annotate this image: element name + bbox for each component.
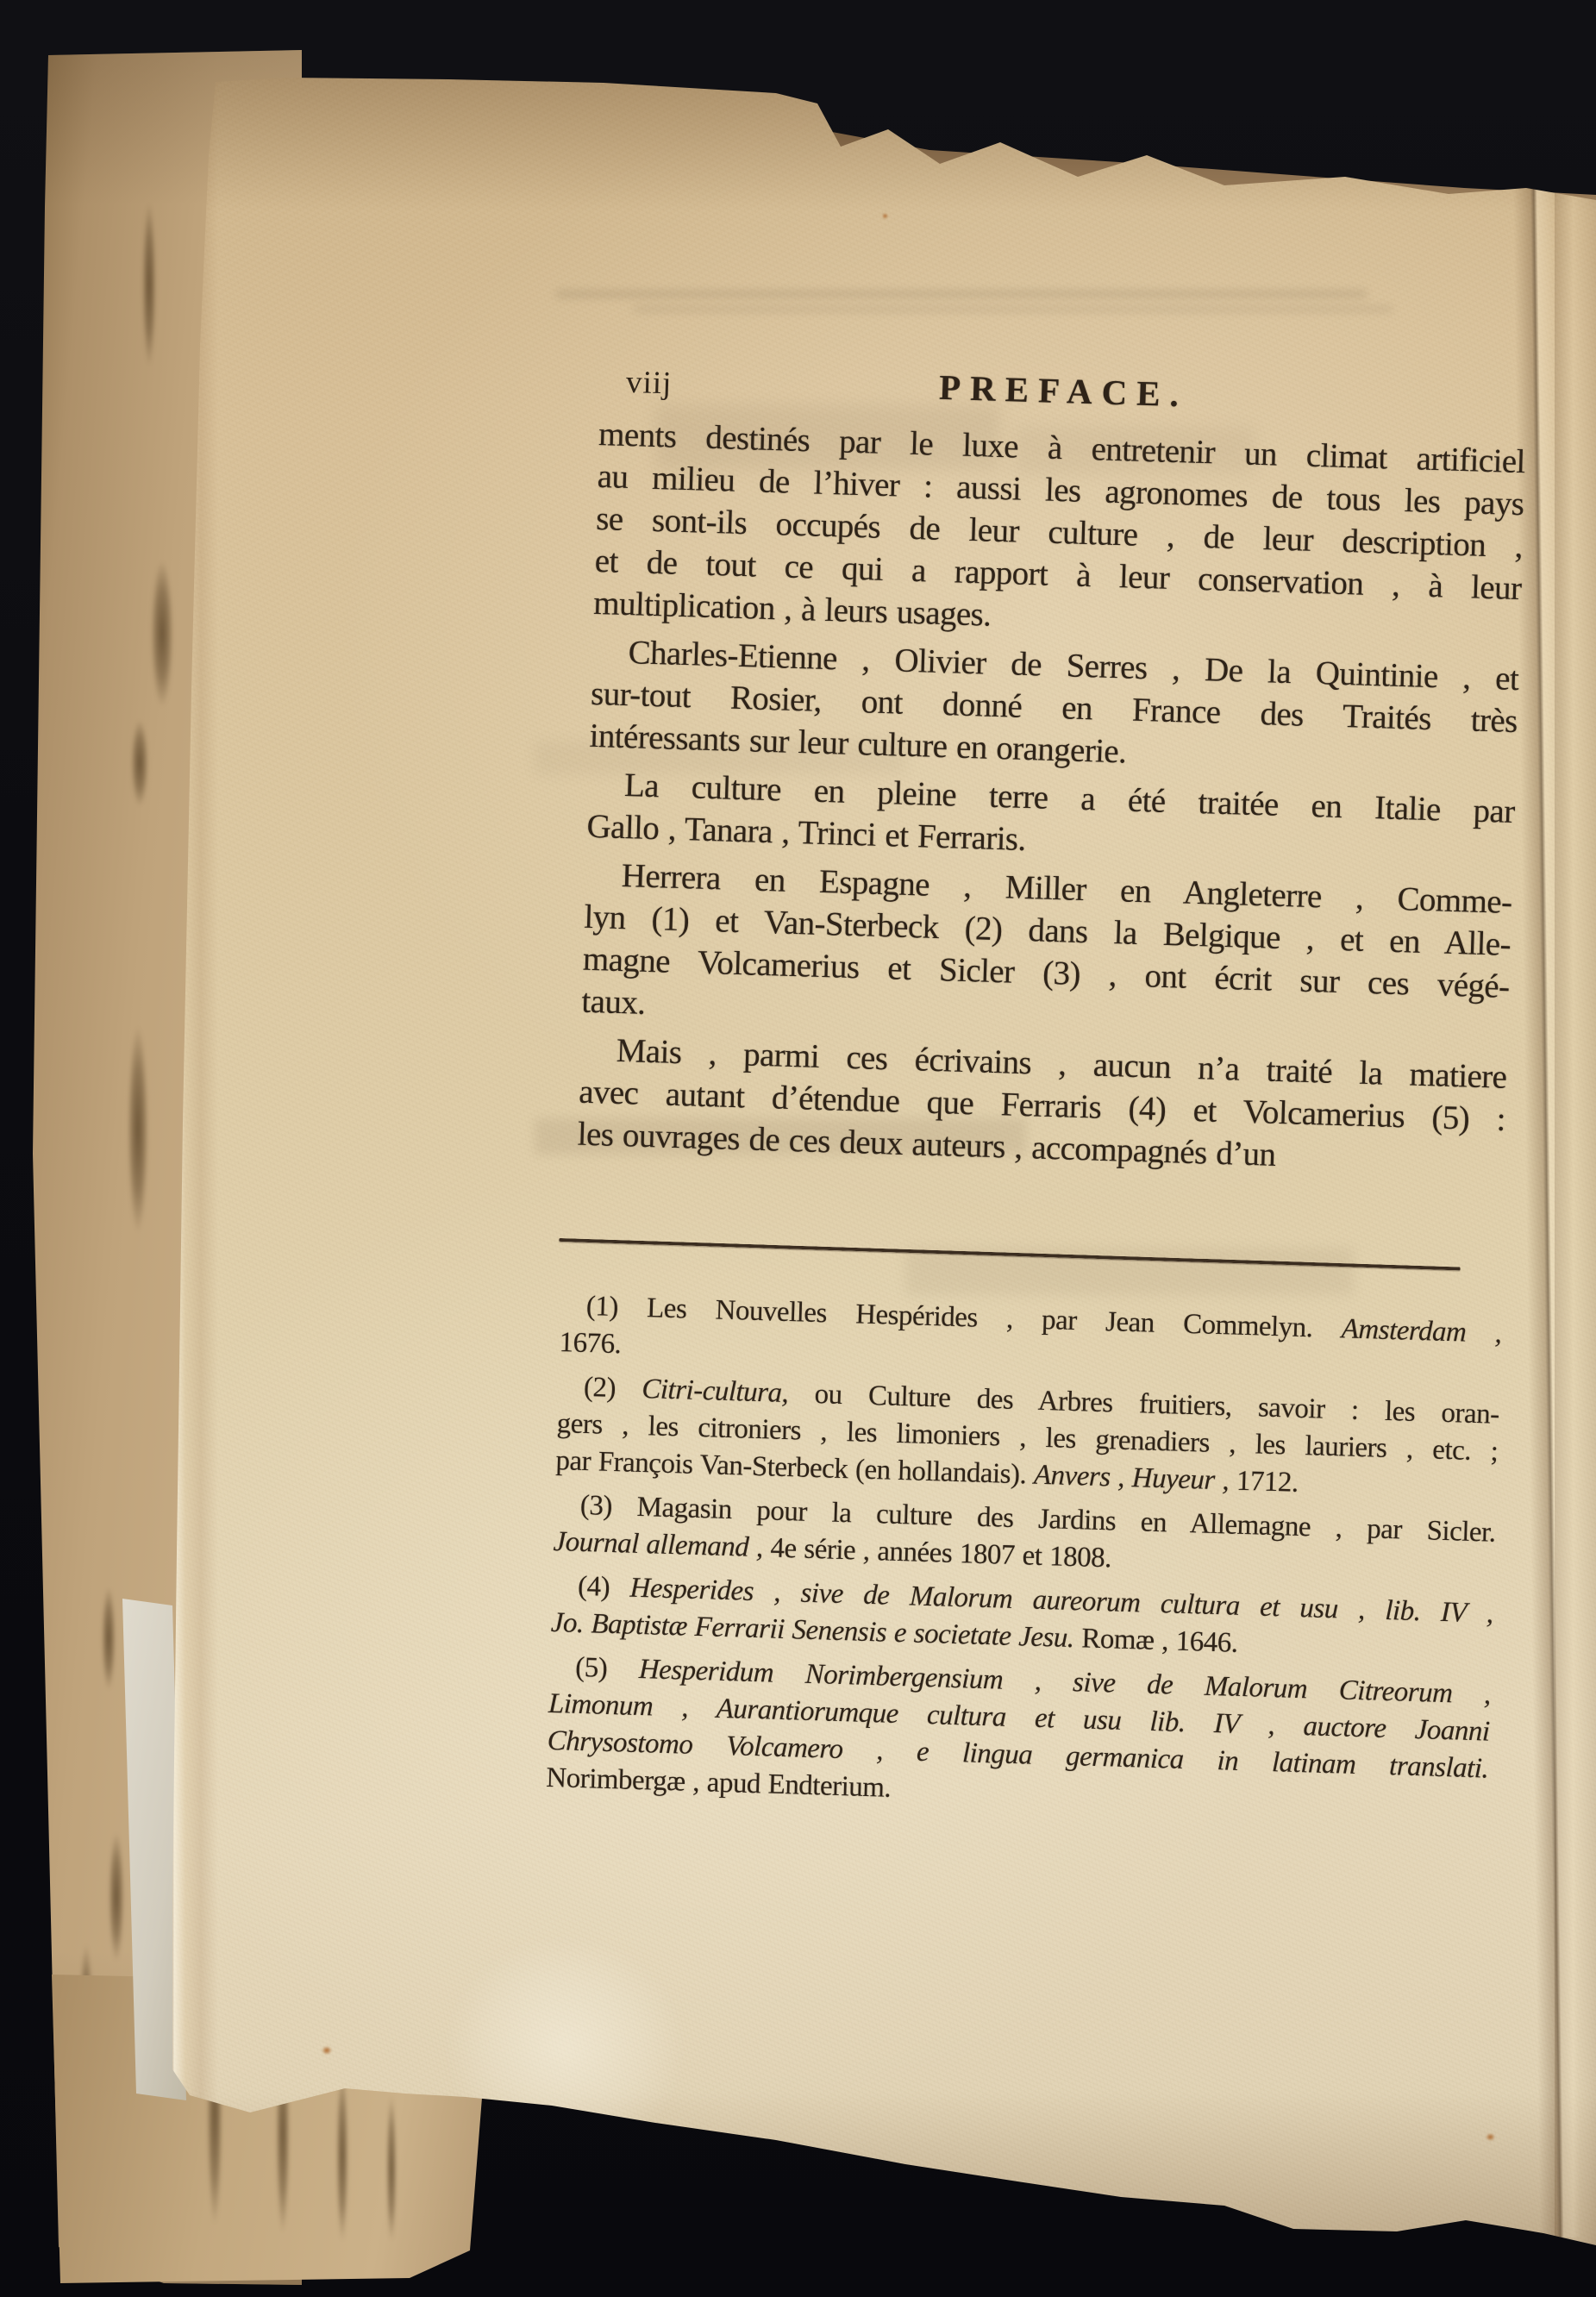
- book-page: viij PREFACE. ments destinés par le luxe…: [151, 65, 1596, 2246]
- edge-stain: [386, 2095, 397, 2242]
- footnote-text: Amsterdam ,: [1341, 1313, 1502, 1349]
- top-edge-shading: [151, 65, 1596, 211]
- footnote: (2) Citri-cultura, ou Culture des Arbres…: [555, 1368, 1499, 1508]
- footnote: (5) Hesperidum Norimbergensium , sive de…: [546, 1649, 1492, 1825]
- footnote-text: Citri-cultura,: [642, 1374, 789, 1409]
- footnote-text: Romæ , 1646.: [1073, 1623, 1238, 1659]
- showthrough-band: [634, 306, 1393, 312]
- rust-speck: [1486, 2133, 1495, 2141]
- footnote-text: 1712.: [1229, 1465, 1299, 1498]
- edge-stain: [142, 203, 156, 366]
- page-text-block: viij PREFACE. ments destinés par le luxe…: [558, 356, 1528, 1832]
- edge-stain: [151, 560, 173, 707]
- edge-stain: [109, 1832, 124, 1962]
- body-paragraphs: ments destinés par le luxe à entretenir …: [577, 413, 1525, 1183]
- footnote-text: Journal allemand ,: [553, 1526, 763, 1563]
- edge-stain: [336, 2069, 348, 2242]
- paragraph: Herrera en Espagne , Miller en Angleterr…: [581, 854, 1512, 1050]
- rust-speck: [882, 213, 888, 219]
- rust-speck: [322, 2046, 332, 2055]
- footnote-text: Anvers , Huyeur ,: [1033, 1460, 1229, 1497]
- paragraph: Charles-Etienne , Olivier de Serres , De…: [589, 630, 1519, 785]
- footnote-text: 4e série , années 1807 et 1808.: [762, 1532, 1111, 1574]
- edge-stain: [131, 720, 148, 806]
- footnote-text: (4): [578, 1571, 630, 1604]
- footnote-text: Norimbergæ , apud Endterium.: [546, 1762, 892, 1804]
- footnote-text: (5): [575, 1652, 640, 1685]
- showthrough-band: [556, 291, 1367, 297]
- footnote-separator: [559, 1238, 1461, 1271]
- edge-stain: [102, 1587, 116, 1690]
- footnotes: (1) Les Nouvelles Hespérides , par Jean …: [546, 1287, 1502, 1825]
- rust-speck: [1305, 144, 1311, 151]
- crease-right-panel: [1555, 177, 1596, 2246]
- paragraph: ments destinés par le luxe à entretenir …: [593, 413, 1526, 652]
- footnote-text: 1676.: [559, 1327, 622, 1360]
- book-scan: viij PREFACE. ments destinés par le luxe…: [0, 0, 1596, 2297]
- footnote-text: (2): [584, 1372, 642, 1405]
- paragraph: Mais , parmi ces écrivains , aucun n’a t…: [577, 1029, 1507, 1183]
- edge-stain: [128, 1026, 148, 1233]
- watermark-stain: [444, 1936, 685, 2160]
